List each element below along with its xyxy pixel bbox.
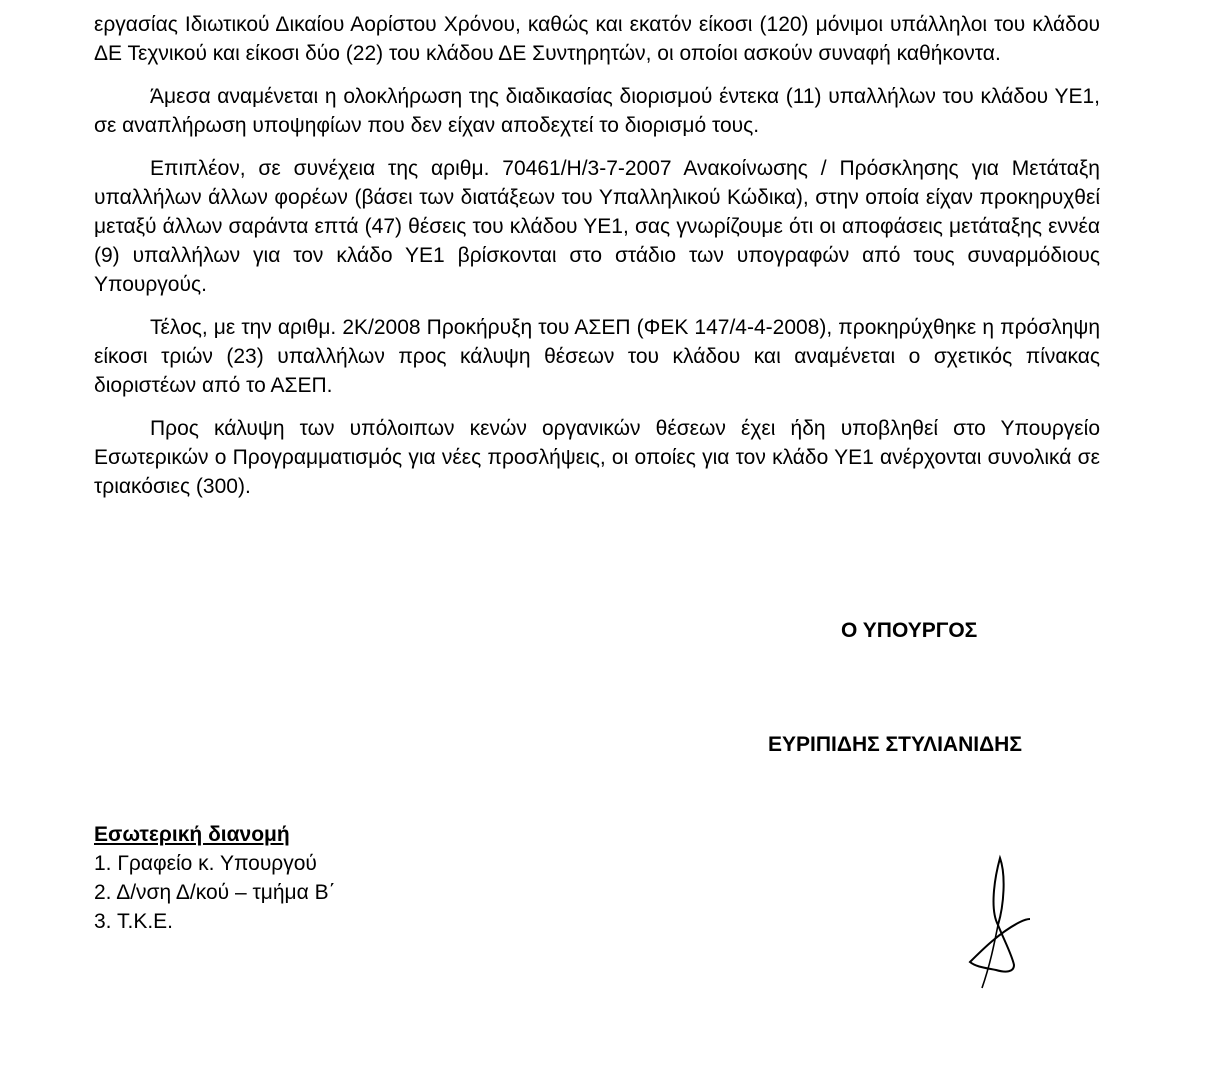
paragraph-3: Επιπλέον, σε συνέχεια της αριθμ. 70461/Η… [94,154,1100,299]
distribution-item: 3. Τ.Κ.Ε. [94,907,336,936]
distribution-item: 2. Δ/νση Δ/κού – τμήμα Β΄ [94,878,336,907]
distribution-list: 1. Γραφείο κ. Υπουργού 2. Δ/νση Δ/κού – … [94,849,336,936]
internal-distribution: Εσωτερική διανομή 1. Γραφείο κ. Υπουργού… [94,820,336,936]
paragraph-4: Τέλος, με την αριθμ. 2Κ/2008 Προκήρυξη τ… [94,313,1100,400]
paragraph-1: εργασίας Ιδιωτικού Δικαίου Αορίστου Χρόν… [94,10,1100,68]
handwritten-signature-icon [960,850,1080,1000]
document-body: εργασίας Ιδιωτικού Δικαίου Αορίστου Χρόν… [94,10,1100,515]
signatory-name: ΕΥΡΙΠΙΔΗΣ ΣΤΥΛΙΑΝΙΔΗΣ [768,733,1022,757]
paragraph-2: Άμεσα αναμένεται η ολοκλήρωση της διαδικ… [94,82,1100,140]
paragraph-5: Προς κάλυψη των υπόλοιπων κενών οργανικώ… [94,414,1100,501]
distribution-item: 1. Γραφείο κ. Υπουργού [94,849,336,878]
distribution-title: Εσωτερική διανομή [94,820,336,849]
signatory-title: Ο ΥΠΟΥΡΓΟΣ [841,619,977,643]
